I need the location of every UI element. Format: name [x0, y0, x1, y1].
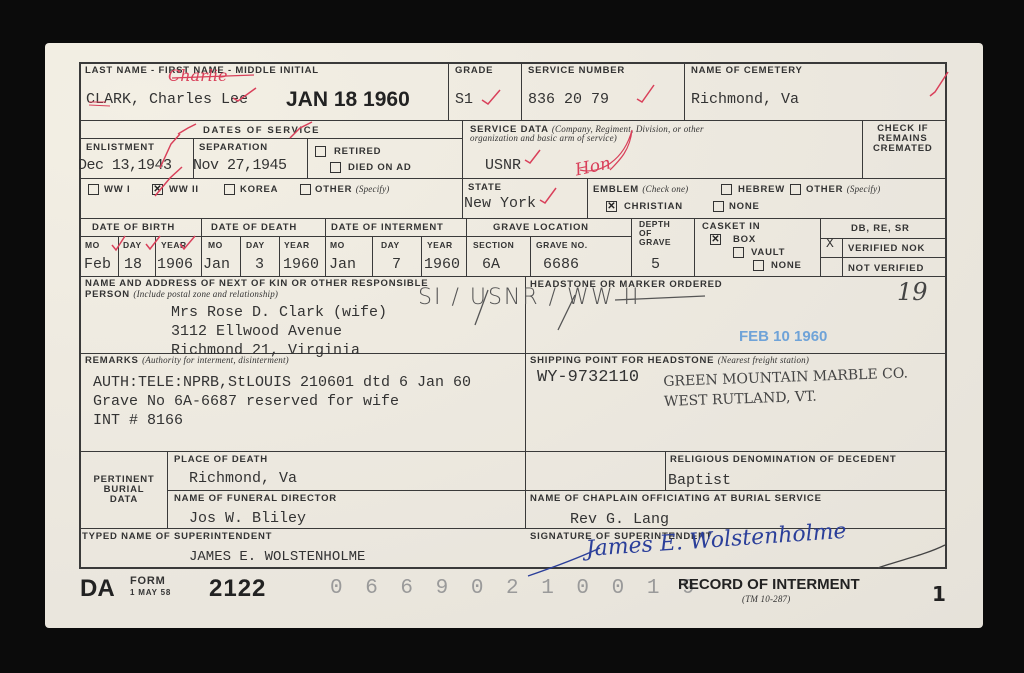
none-casket-checkbox[interactable] — [753, 260, 764, 271]
cremated-label: CHECK IF REMAINS CREMATED — [873, 124, 933, 154]
other-war-label: OTHER (Specify) — [315, 184, 389, 195]
ww1-label: WW I — [104, 184, 130, 195]
form-prefix: DA — [80, 575, 115, 603]
form-title: RECORD OF INTERMENT — [678, 576, 860, 593]
hebrew-checkbox[interactable] — [721, 184, 732, 195]
form-date: 1 MAY 58 — [130, 588, 171, 597]
chaplain-field: Rev G. Lang — [570, 511, 669, 528]
db-re-sr-label: DB, RE, SR — [851, 223, 910, 234]
state-field: New York — [464, 195, 536, 212]
dod-day-label: DAY — [246, 240, 265, 250]
dod-mo: Jan — [203, 256, 230, 273]
cemetery-label: NAME OF CEMETERY — [691, 65, 803, 76]
korea-checkbox[interactable] — [224, 184, 235, 195]
remarks-field: AUTH:TELE:NPRB,StLOUIS 210601 dtd 6 Jan … — [93, 373, 471, 430]
doi-day: 7 — [392, 256, 401, 273]
died-on-ad-label: DIED ON AD — [348, 162, 412, 173]
service-data-field: USNR — [485, 157, 521, 174]
dob-mo: Feb — [84, 256, 111, 273]
hebrew-label: HEBREW — [738, 184, 785, 195]
retired-checkbox[interactable] — [315, 146, 326, 157]
date-stamp: JAN 18 1960 — [286, 88, 410, 112]
dod-year-label: YEAR — [284, 240, 310, 250]
depth-label: DEPTH OF GRAVE — [639, 220, 671, 247]
state-label: STATE — [468, 182, 502, 193]
chaplain-label: NAME OF CHAPLAIN OFFICIATING AT BURIAL S… — [530, 493, 822, 504]
first-name-correction: Charlie — [168, 66, 227, 85]
other-war-checkbox[interactable] — [300, 184, 311, 195]
page-number: 1 — [932, 582, 946, 606]
korea-label: KOREA — [240, 184, 278, 195]
remarks-label: REMARKS (Authority for interment, disint… — [85, 355, 289, 366]
dob-label: DATE OF BIRTH — [92, 222, 175, 233]
ww2-checkbox[interactable]: ✕ — [152, 184, 163, 195]
section-label: SECTION — [473, 240, 514, 250]
form-word: FORM — [130, 575, 166, 587]
dob-mo-label: MO — [85, 240, 100, 250]
doi-day-label: DAY — [381, 240, 400, 250]
box-label: BOX — [733, 234, 756, 245]
cemetery-field: Richmond, Va — [691, 91, 799, 108]
doi-mo-label: MO — [330, 240, 345, 250]
ww1-checkbox[interactable] — [88, 184, 99, 195]
serial-number: 0 6 6 9 0 2 1 0 0 1 9 — [330, 577, 700, 600]
place-of-death-label: PLACE OF DEATH — [174, 454, 268, 465]
other-emblem-label: OTHER (Specify) — [806, 184, 880, 195]
doi-label: DATE OF INTERMENT — [331, 222, 444, 233]
headstone-number: 19 — [897, 278, 928, 306]
religion-label: RELIGIOUS DENOMINATION OF DECEDENT — [670, 454, 897, 465]
shipping-stamp: GREEN MOUNTAIN MARBLE CO. WEST RUTLAND, … — [663, 363, 909, 412]
grave-no-label: GRAVE NO. — [536, 240, 588, 250]
next-of-kin-address: Mrs Rose D. Clark (wife) 3112 Ellwood Av… — [171, 303, 387, 360]
vault-checkbox[interactable] — [733, 247, 744, 258]
enlistment-field: Dec 13,1943 — [78, 157, 172, 174]
received-stamp: FEB 10 1960 — [739, 328, 827, 345]
ww2-label: WW II — [169, 184, 199, 195]
dob-day: 18 — [124, 256, 142, 273]
doi-mo: Jan — [329, 256, 356, 273]
christian-label: CHRISTIAN — [624, 201, 683, 212]
service-number-label: SERVICE NUMBER — [528, 65, 625, 76]
doi-year: 1960 — [424, 256, 460, 273]
dod-year: 1960 — [283, 256, 319, 273]
place-of-death-field: Richmond, Va — [189, 470, 297, 487]
dod-day: 3 — [255, 256, 264, 273]
name-field: CLARK, Charles Lee — [86, 91, 248, 108]
doi-year-label: YEAR — [427, 240, 453, 250]
service-data-hint: organization and basic arm of service) — [470, 133, 617, 143]
dob-year-label: YEAR — [161, 240, 187, 250]
none-casket-label: NONE — [771, 260, 802, 271]
shipping-label: SHIPPING POINT FOR HEADSTONE (Nearest fr… — [530, 355, 809, 366]
verified-nok-mark: X — [826, 236, 834, 251]
box-checkbox[interactable]: ✕ — [710, 234, 721, 245]
other-emblem-checkbox[interactable] — [790, 184, 801, 195]
dob-day-label: DAY — [123, 240, 142, 250]
religion-field: Baptist — [668, 472, 731, 489]
superintendent-name: JAMES E. WOLSTENHOLME — [189, 549, 365, 565]
none-emblem-checkbox[interactable] — [713, 201, 724, 212]
section-field: 6A — [482, 256, 500, 273]
form-number: 2122 — [209, 575, 266, 603]
casket-in-label: CASKET IN — [702, 221, 760, 232]
verified-nok-label: VERIFIED NOK — [848, 243, 925, 254]
funeral-director-field: Jos W. Bliley — [189, 510, 306, 527]
dod-mo-label: MO — [208, 240, 223, 250]
shipping-code: WY-9732110 — [537, 368, 639, 387]
depth-field: 5 — [651, 256, 660, 273]
grave-no-field: 6686 — [543, 256, 579, 273]
died-on-ad-checkbox[interactable] — [330, 162, 341, 173]
grade-label: GRADE — [455, 65, 493, 76]
none-emblem-label: NONE — [729, 201, 760, 212]
emblem-label: EMBLEM (Check one) — [593, 184, 688, 195]
headstone-handwritten: SI / USNR / WW II — [418, 285, 641, 310]
service-number-field: 836 20 79 — [528, 91, 609, 108]
separation-label: SEPARATION — [199, 142, 268, 153]
form-subtitle: (TM 10-287) — [742, 594, 790, 605]
enlistment-label: ENLISTMENT — [86, 142, 155, 153]
typed-superintendent-label: TYPED NAME OF SUPERINTENDENT — [82, 531, 272, 542]
separation-field: Nov 27,1945 — [193, 157, 287, 174]
grave-location-label: GRAVE LOCATION — [493, 222, 589, 233]
next-of-kin-label: NAME AND ADDRESS OF NEXT OF KIN OR OTHER… — [85, 279, 428, 300]
grade-field: S1 — [455, 91, 473, 108]
vault-label: VAULT — [751, 247, 785, 258]
funeral-director-label: NAME OF FUNERAL DIRECTOR — [174, 493, 337, 504]
pertinent-burial-label: PERTINENT BURIAL DATA — [84, 475, 164, 505]
dates-of-service-label: DATES OF SERVICE — [203, 125, 320, 136]
dod-label: DATE OF DEATH — [211, 222, 297, 233]
christian-checkbox[interactable]: ✕ — [606, 201, 617, 212]
dob-year: 1906 — [157, 256, 193, 273]
retired-label: RETIRED — [334, 146, 381, 157]
not-verified-label: NOT VERIFIED — [848, 263, 924, 274]
